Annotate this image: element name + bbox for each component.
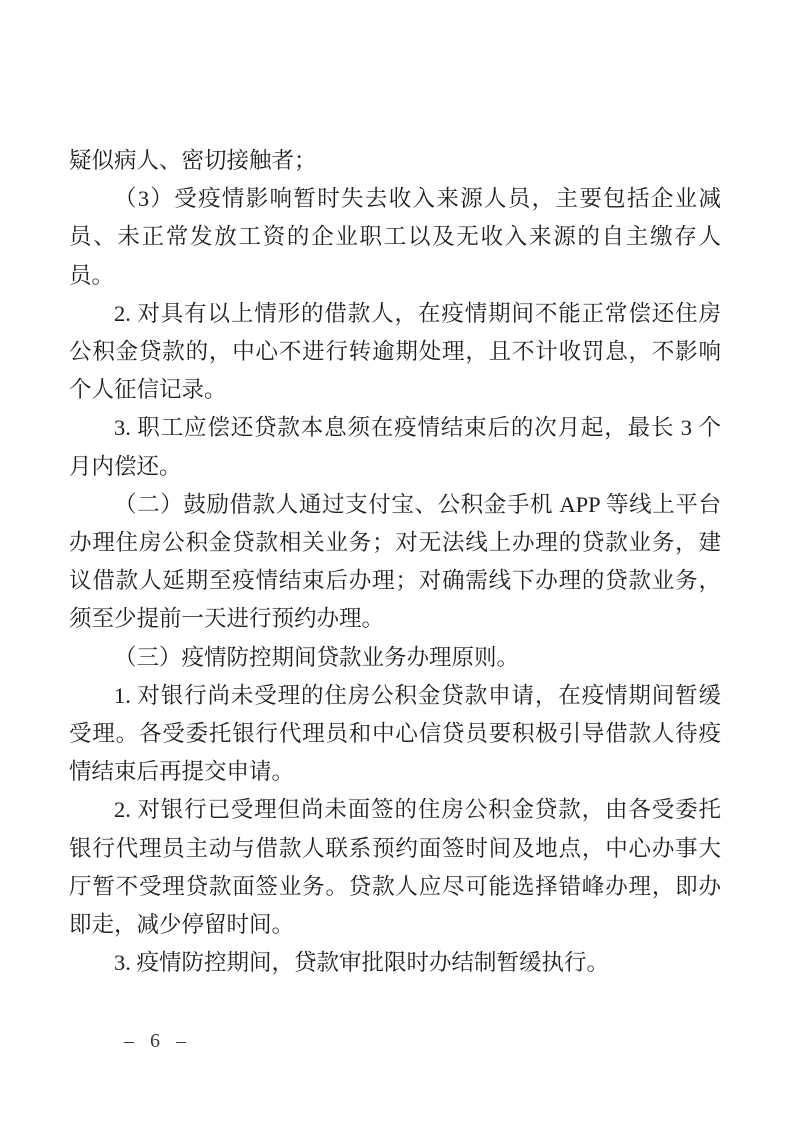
text-line: （3）受疫情影响暂时失去收入来源人员，主要包括企业减 [69, 180, 721, 218]
text-line: 2. 对银行已受理但尚未面签的住房公积金贷款，由各受委托 [69, 791, 721, 829]
page-number: – 6 – [124, 1028, 187, 1054]
paragraph-point-2: 2. 对具有以上情形的借款人，在疫情期间不能正常偿还住房 公积金贷款的，中心不进… [69, 295, 721, 410]
text-line: 银行代理员主动与借款人联系预约面签时间及地点，中心办事大 [69, 830, 721, 868]
text-line: （三）疫情防控期间贷款业务办理原则。 [69, 639, 721, 677]
paragraph-item-3: （3）受疫情影响暂时失去收入来源人员，主要包括企业减 员、未正常发放工资的企业职… [69, 180, 721, 295]
text-line: 员。 [69, 257, 721, 295]
text-line: 月内偿还。 [69, 448, 721, 486]
text-line: 2. 对具有以上情形的借款人，在疫情期间不能正常偿还住房 [69, 295, 721, 333]
paragraph-section-2: （二）鼓励借款人通过支付宝、公积金手机 APP 等线上平台 办理住房公积金贷款相… [69, 486, 721, 639]
text-line: 3. 职工应偿还贷款本息须在疫情结束后的次月起，最长 3 个 [69, 409, 721, 447]
paragraph-continuation: 疑似病人、密切接触者； [69, 142, 721, 180]
paragraph-section-3-heading: （三）疫情防控期间贷款业务办理原则。 [69, 639, 721, 677]
text-line: （二）鼓励借款人通过支付宝、公积金手机 APP 等线上平台 [69, 486, 721, 524]
text-line: 1. 对银行尚未受理的住房公积金贷款申请，在疫情期间暂缓 [69, 677, 721, 715]
document-body: 疑似病人、密切接触者； （3）受疫情影响暂时失去收入来源人员，主要包括企业减 员… [69, 142, 721, 982]
text-line: 受理。各受委托银行代理员和中心信贷员要积极引导借款人待疫 [69, 715, 721, 753]
text-line: 疑似病人、密切接触者； [69, 142, 721, 180]
text-line: 3. 疫情防控期间，贷款审批限时办结制暂缓执行。 [69, 944, 721, 982]
paragraph-rule-1: 1. 对银行尚未受理的住房公积金贷款申请，在疫情期间暂缓 受理。各受委托银行代理… [69, 677, 721, 792]
paragraph-point-3: 3. 职工应偿还贷款本息须在疫情结束后的次月起，最长 3 个 月内偿还。 [69, 409, 721, 485]
document-page: 疑似病人、密切接触者； （3）受疫情影响暂时失去收入来源人员，主要包括企业减 员… [0, 0, 793, 1122]
text-line: 即走，减少停留时间。 [69, 906, 721, 944]
text-line: 办理住房公积金贷款相关业务；对无法线上办理的贷款业务，建 [69, 524, 721, 562]
text-line: 情结束后再提交申请。 [69, 753, 721, 791]
text-line: 员、未正常发放工资的企业职工以及无收入来源的自主缴存人 [69, 218, 721, 256]
paragraph-rule-2: 2. 对银行已受理但尚未面签的住房公积金贷款，由各受委托 银行代理员主动与借款人… [69, 791, 721, 944]
paragraph-rule-3: 3. 疫情防控期间，贷款审批限时办结制暂缓执行。 [69, 944, 721, 982]
text-line: 个人征信记录。 [69, 371, 721, 409]
text-line: 厅暂不受理贷款面签业务。贷款人应尽可能选择错峰办理，即办 [69, 868, 721, 906]
text-line: 议借款人延期至疫情结束后办理；对确需线下办理的贷款业务， [69, 562, 721, 600]
text-line: 公积金贷款的，中心不进行转逾期处理，且不计收罚息，不影响 [69, 333, 721, 371]
text-line: 须至少提前一天进行预约办理。 [69, 600, 721, 638]
